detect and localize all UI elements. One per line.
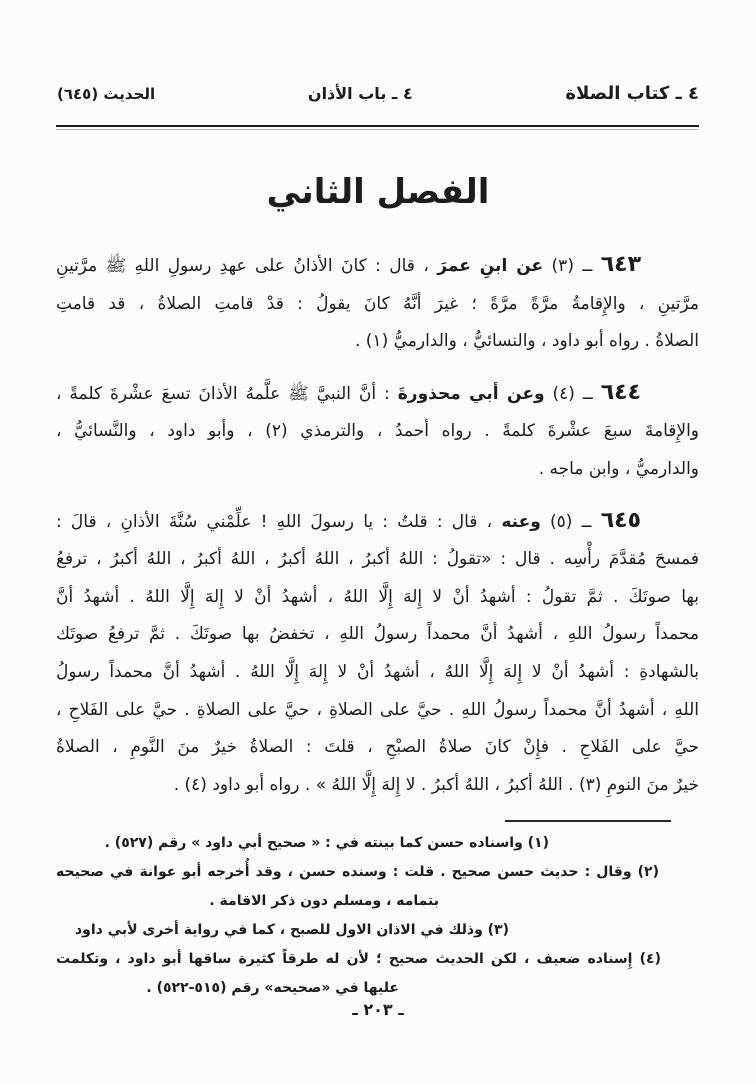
hadith-serial: ــ (٣) [552, 256, 593, 276]
hadith-serial: ــ (٤) [552, 384, 592, 404]
chapter-title: ٤ ـ باب الأذان [308, 84, 413, 103]
header-rule [56, 125, 699, 127]
hadith-number: ٦٤٤ [601, 380, 641, 405]
hadith-ref: الحديث (٦٤٥) [57, 85, 155, 103]
section-title: الفصل الثاني [0, 168, 756, 216]
footnote-1: (١) واسناده حسن كما بينته في : « صحيح أب… [56, 829, 549, 858]
hadith-paragraph: ٦٤٥ ــ (٥) وعنه ، قال : قلتُ : يا رسولَ … [56, 502, 699, 805]
footnote-separator [505, 820, 671, 822]
footnote-2-line-2: بتمامه ، ومسلم دون ذكر الاقامة . [56, 887, 439, 916]
hadith-line: محمداً رسولُ اللهِ ، أشهدُ أنَّ محمداً ر… [56, 616, 699, 654]
book-title: ٤ ـ كتاب الصلاة [565, 83, 699, 104]
running-header: ٤ ـ كتاب الصلاة ٤ ـ باب الأذان الحديث (٦… [57, 83, 699, 104]
hadith-line: بها صوتَكَ . ثمَّ تقولُ : أشهدُ أنْ لا إ… [56, 579, 699, 617]
hadith-line: بالشهادةِ : أشهدُ أنْ لا إِلهَ إِلَّا ال… [56, 654, 699, 692]
hadith-line: اللهِ ، أشهدُ أنَّ محمداً رسولُ اللهِ . … [56, 692, 699, 730]
hadith-number: ٦٤٥ [601, 508, 641, 533]
footnote-4-line-1: (٤) إِسناده ضعيف ، لكن الحديث صحيح ؛ لأن… [56, 945, 661, 974]
hadith-narrator: عن ابنِ عمرَ [437, 256, 543, 276]
hadith-text: ، قال : كانَ الأذانُ على عهدِ رسولِ الله… [56, 256, 429, 276]
hadith-line: حيَّ على الفَلاحِ . فإِنْ كانَ صلاةُ الص… [56, 729, 699, 767]
header-rule-echo [56, 129, 699, 130]
hadith-text: : أنَّ النبيَّ ﷺ علَّمهُ الأذانَ تسعَ عش… [56, 384, 390, 404]
hadith-line: والإِقامةَ سبعَ عشْرةَ كلمةً . رواه أحمد… [56, 413, 699, 451]
hadith-line: والدارميُّ ، وابن ماجه . [56, 451, 699, 489]
footnote-4-line-2: عليها في «صحيحه» رقم (٥١٥-٥٢٢) . [56, 974, 399, 1003]
hadith-line: الصلاةُ . رواه أبو داود ، والنسائيُّ ، و… [56, 323, 699, 361]
footnotes-block: (١) واسناده حسن كما بينته في : « صحيح أب… [56, 820, 699, 1003]
hadith-paragraph: ٦٤٤ ــ (٤) وعن أبي محذورةَ : أنَّ النبيَ… [56, 374, 699, 489]
hadith-narrator: وعنه [501, 512, 540, 532]
hadith-narrator: وعن أبي محذورةَ [398, 384, 545, 404]
hadith-body: ٦٤٣ ــ (٣) عن ابنِ عمرَ ، قال : كانَ الأ… [56, 246, 699, 817]
hadith-line: فمسحَ مُقدَّمَ رأْسِه . قال : «تقولُ : ا… [56, 541, 699, 579]
footnote-2-line-1: (٢) وقال : حديث حسن صحيح . قلت : وسنده ح… [56, 858, 659, 887]
hadith-line: خيرٌ منَ النومِ (٣) . اللهُ أكبرُ ، الله… [56, 767, 699, 805]
hadith-text: ، قال : قلتُ : يا رسولَ اللهِ ! علِّمْني… [56, 512, 492, 532]
hadith-number: ٦٤٣ [601, 252, 641, 277]
hadith-line: مرَّتينِ ، والإِقامةُ مرَّةً مرَّةً ؛ غي… [56, 286, 699, 324]
hadith-line: ٦٤٣ ــ (٣) عن ابنِ عمرَ ، قال : كانَ الأ… [56, 246, 699, 286]
footnote-3: (٣) وذلك في الاذان الاول للصبح ، كما في … [56, 916, 509, 945]
hadith-line: ٦٤٤ ــ (٤) وعن أبي محذورةَ : أنَّ النبيَ… [56, 374, 699, 414]
hadith-serial: ــ (٥) [550, 512, 592, 532]
page-number: ـ ٢٠٣ ـ [0, 1000, 756, 1019]
scanned-book-page: ٤ ـ كتاب الصلاة ٤ ـ باب الأذان الحديث (٦… [0, 0, 756, 1084]
hadith-line: ٦٤٥ ــ (٥) وعنه ، قال : قلتُ : يا رسولَ … [56, 502, 699, 542]
hadith-paragraph: ٦٤٣ ــ (٣) عن ابنِ عمرَ ، قال : كانَ الأ… [56, 246, 699, 361]
